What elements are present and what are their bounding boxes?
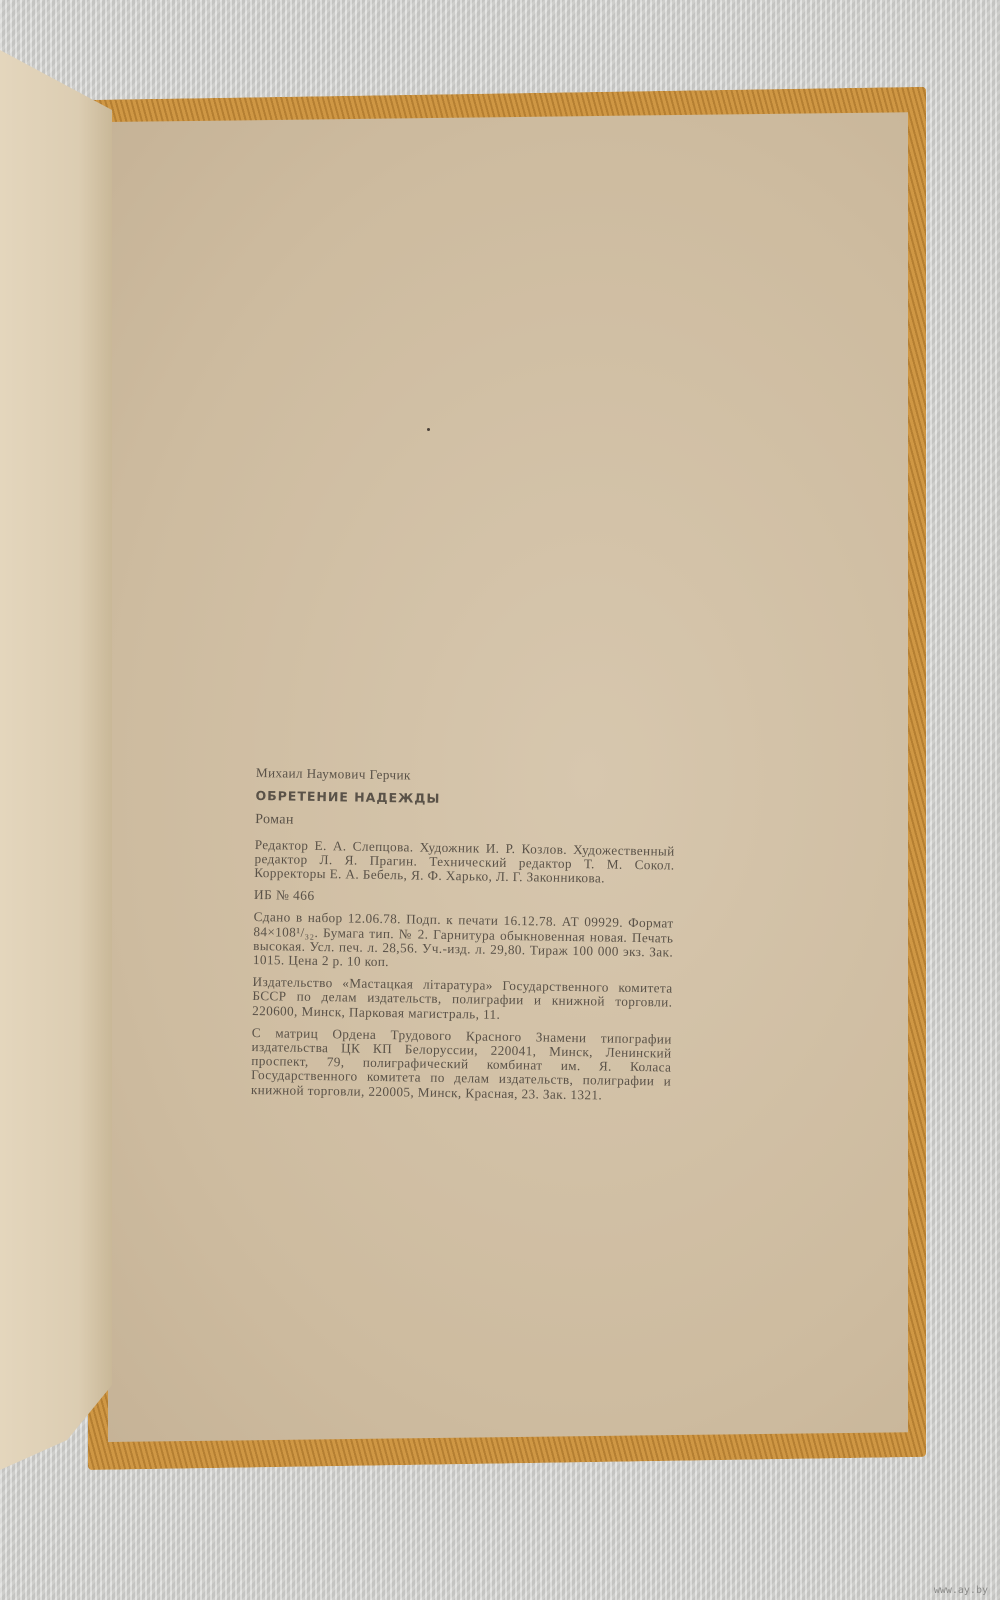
book-genre: Роман bbox=[255, 813, 675, 834]
colophon-block: Михаил Наумович Герчик ОБРЕТЕНИЕ НАДЕЖДЫ… bbox=[251, 766, 676, 1111]
credits-paragraph: Редактор Е. А. Слепцова. Художник И. Р. … bbox=[254, 838, 675, 887]
book-title: ОБРЕТЕНИЕ НАДЕЖДЫ bbox=[255, 789, 675, 810]
printer-paragraph: С матриц Ордена Трудового Красного Знаме… bbox=[251, 1026, 672, 1104]
publisher-paragraph: Издательство «Мастацкая літаратура» Госу… bbox=[252, 975, 673, 1024]
print-details-paragraph: Сдано в набор 12.06.78. Подп. к печати 1… bbox=[253, 910, 674, 973]
left-page-flap bbox=[0, 50, 112, 1470]
watermark: www.ay.by bbox=[934, 1585, 988, 1596]
ink-speck bbox=[427, 428, 430, 431]
ib-number: ИБ № 466 bbox=[254, 888, 674, 909]
